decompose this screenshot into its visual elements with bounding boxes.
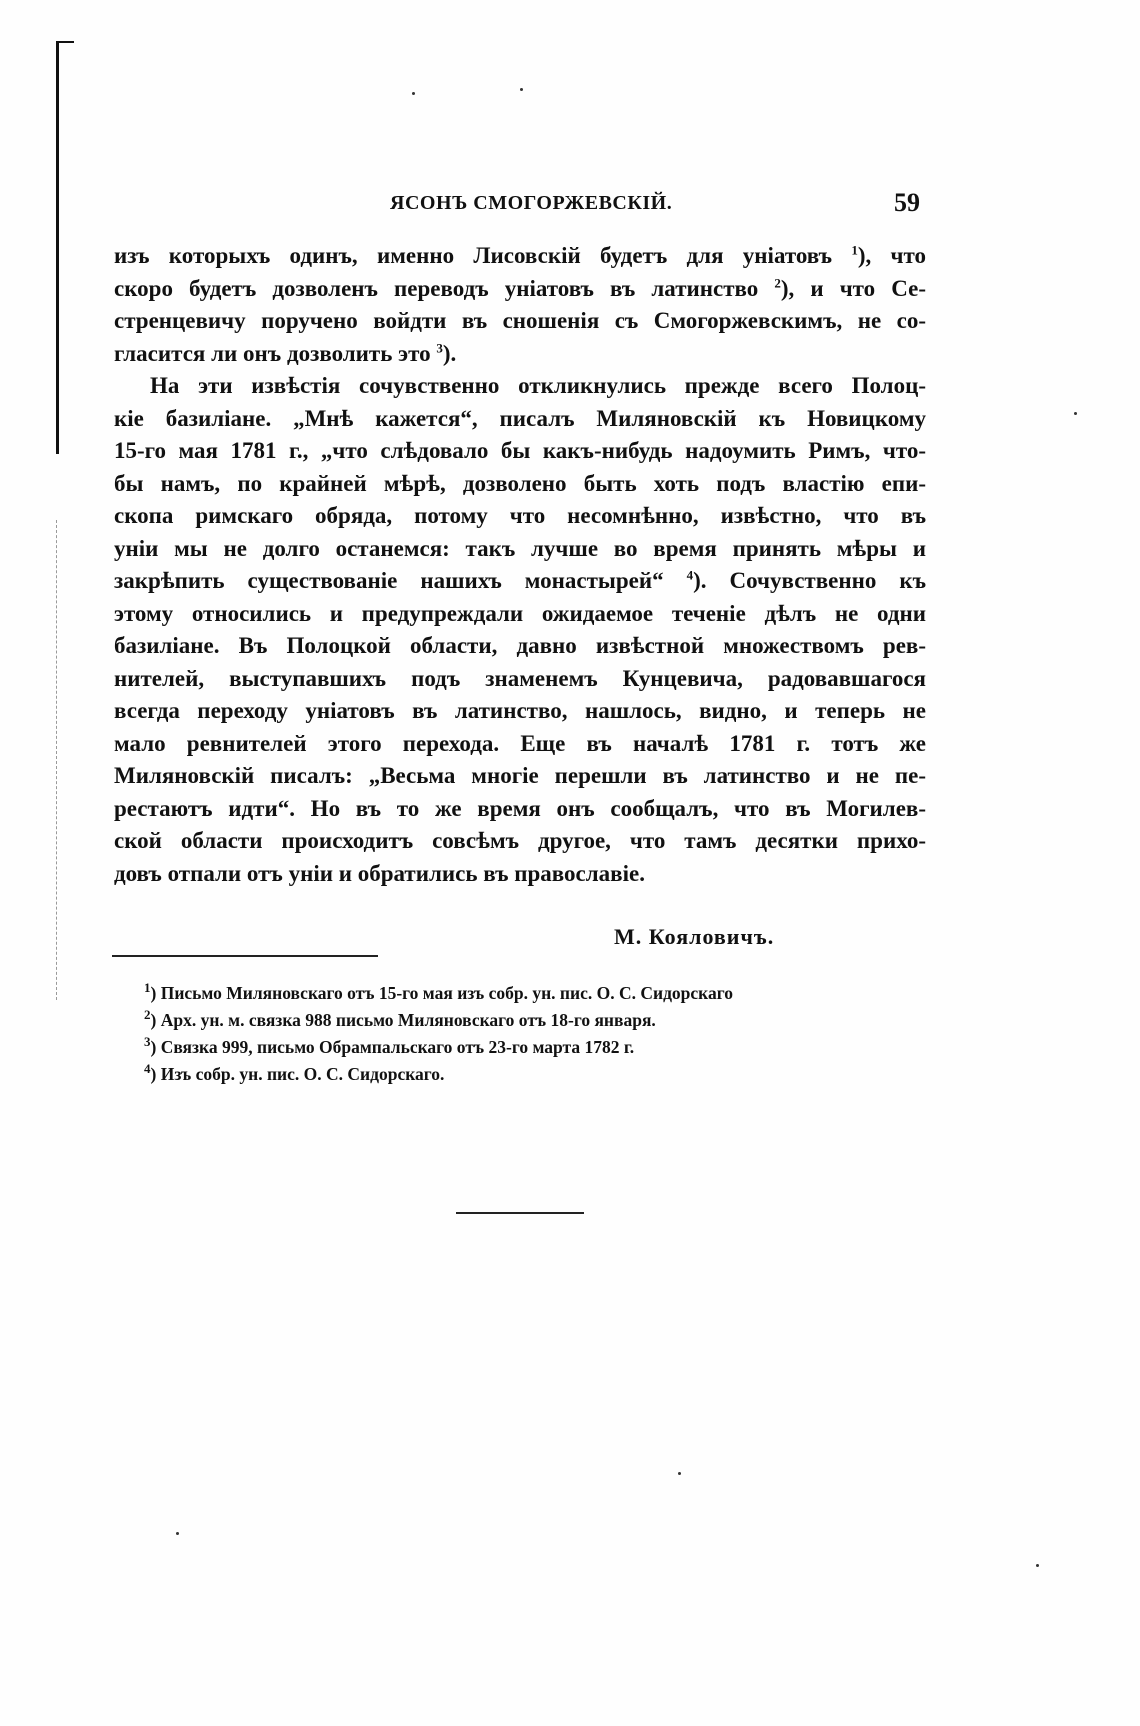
footnotes: 1) Письмо Миляновскаго отъ 15-го мая изъ…	[144, 980, 733, 1088]
footnote-item: 4) Изъ собр. ун. пис. О. С. Сидорскаго.	[144, 1061, 733, 1088]
scanned-page: ЯСОНЪ СМОГОРЖЕВСКІЙ. 59 изъ которыхъ оди…	[0, 0, 1140, 1726]
end-divider	[456, 1212, 584, 1214]
footnote-item: 1) Письмо Миляновскаго отъ 15-го мая изъ…	[144, 980, 733, 1007]
footnote-divider	[112, 955, 378, 957]
text-line: На эти извѣстія сочувственно откликнулис…	[114, 370, 926, 403]
text-line: базиліане. Въ Полоцкой области, давно из…	[114, 630, 926, 663]
text-line: этому относились и предупреждали ожидаем…	[114, 598, 926, 631]
text-line: рестаютъ идти“. Но въ то же время онъ со…	[114, 793, 926, 826]
scan-speck	[412, 92, 415, 95]
scan-speck	[520, 88, 523, 91]
footnote-item: 3) Связка 999, письмо Обрампальскаго отъ…	[144, 1034, 733, 1061]
scan-speck	[1074, 412, 1077, 415]
scan-speck	[176, 1532, 179, 1535]
text-line: уніи мы не долго останемся: такъ лучше в…	[114, 533, 926, 566]
text-line: скопа римскаго обряда, потому что несомн…	[114, 500, 926, 533]
page-edge-rule-faint	[56, 520, 58, 1000]
text-line: ской области происходитъ совсѣмъ другое,…	[114, 825, 926, 858]
page-number: 59	[894, 188, 920, 218]
scan-speck	[1036, 1564, 1039, 1567]
text-line: бы намъ, по крайней мѣрѣ, дозволено быть…	[114, 468, 926, 501]
text-line: гласится ли онъ дозволить это 3).	[114, 338, 926, 371]
text-line: закрѣпить существованіе нашихъ монастыре…	[114, 565, 926, 598]
author-signature: М. Кояловичъ.	[614, 924, 774, 950]
text-line: всегда переходу уніатовъ въ латинство, н…	[114, 695, 926, 728]
body-text: изъ которыхъ одинъ, именно Лисовскій буд…	[114, 240, 926, 890]
scan-speck	[678, 1472, 681, 1475]
page-header: ЯСОНЪ СМОГОРЖЕВСКІЙ. 59	[112, 192, 920, 222]
text-line: кіе базиліане. „Мнѣ кажется“, писалъ Мил…	[114, 403, 926, 436]
text-line: Миляновскій писалъ: „Весьма многіе переш…	[114, 760, 926, 793]
text-line: скоро будетъ дозволенъ переводъ уніатовъ…	[114, 273, 926, 306]
page-edge-rule	[56, 42, 59, 454]
text-line: 15-го мая 1781 г., „что слѣдовало бы как…	[114, 435, 926, 468]
text-line: нителей, выступавшихъ подъ знаменемъ Кун…	[114, 663, 926, 696]
running-title: ЯСОНЪ СМОГОРЖЕВСКІЙ.	[390, 192, 672, 215]
text-line: мало ревнителей этого перехода. Еще въ н…	[114, 728, 926, 761]
footnote-item: 2) Арх. ун. м. связка 988 письмо Милянов…	[144, 1007, 733, 1034]
text-line: изъ которыхъ одинъ, именно Лисовскій буд…	[114, 240, 926, 273]
text-line: довъ отпали отъ уніи и обратились въ пра…	[114, 858, 926, 891]
text-line: стренцевичу поручено войдти въ сношенія …	[114, 305, 926, 338]
